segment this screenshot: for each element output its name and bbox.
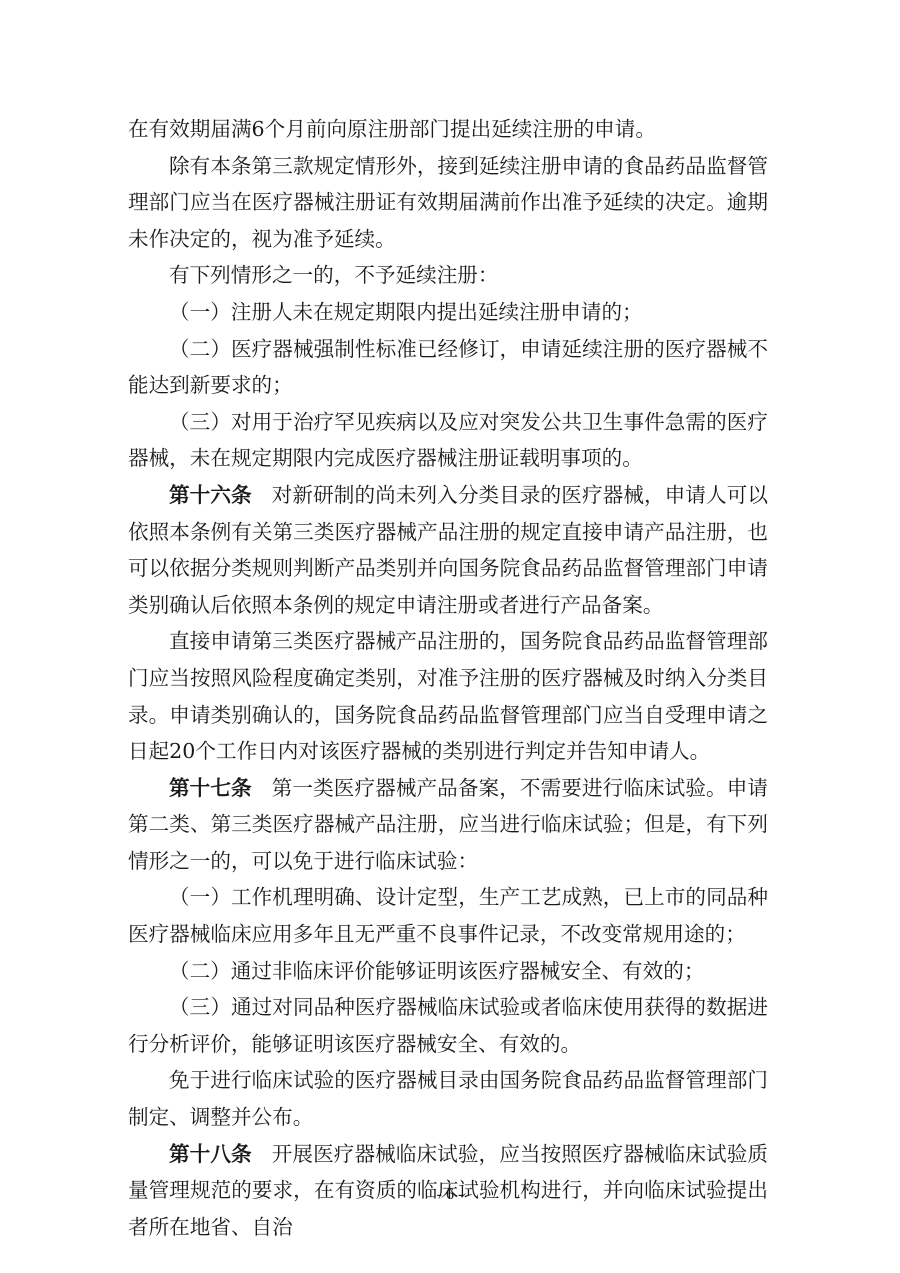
list-item: （三）对用于治疗罕见疾病以及应对突发公共卫生事件急需的医疗器械，未在规定期限内完… [128, 404, 768, 477]
list-item: （二）医疗器械强制性标准已经修订，申请延续注册的医疗器械不能达到新要求的； [128, 331, 768, 404]
article-heading: 第十七条 [169, 776, 252, 800]
article-17: 第十七条第一类医疗器械产品备案，不需要进行临床试验。申请第二类、第三类医疗器械产… [128, 770, 768, 880]
paragraph-text: 直接申请第三类医疗器械产品注册的，国务院食品药品监督管理部门应当按照风险程度确定… [128, 629, 768, 763]
paragraph-text: 在有效期届满6个月前向原注册部门提出延续注册的申请。 [128, 117, 656, 141]
paragraph: 在有效期届满6个月前向原注册部门提出延续注册的申请。 [128, 111, 768, 148]
paragraph-text: （二）医疗器械强制性标准已经修订，申请延续注册的医疗器械不能达到新要求的； [128, 337, 768, 398]
article-heading: 第十八条 [169, 1142, 252, 1166]
article-heading: 第十六条 [169, 483, 252, 507]
list-item: （二）通过非临床评价能够证明该医疗器械安全、有效的； [128, 953, 768, 990]
paragraph-text: 有下列情形之一的，不予延续注册： [169, 263, 499, 287]
article-16: 第十六条对新研制的尚未列入分类目录的医疗器械，申请人可以依照本条例有关第三类医疗… [128, 477, 768, 623]
page-number: - 6 - [0, 1186, 900, 1204]
paragraph: 免于进行临床试验的医疗器械目录由国务院食品药品监督管理部门制定、调整并公布。 [128, 1062, 768, 1135]
paragraph-text: （一）工作机理明确、设计定型，生产工艺成熟，已上市的同品种医疗器械临床应用多年且… [128, 885, 768, 946]
list-item: （三）通过对同品种医疗器械临床试验或者临床使用获得的数据进行分析评价，能够证明该… [128, 989, 768, 1062]
paragraph-text: （三）通过对同品种医疗器械临床试验或者临床使用获得的数据进行分析评价，能够证明该… [128, 995, 768, 1056]
paragraph-text: （二）通过非临床评价能够证明该医疗器械安全、有效的； [169, 959, 704, 983]
document-body: 在有效期届满6个月前向原注册部门提出延续注册的申请。 除有本条第三款规定情形外，… [128, 111, 768, 1245]
paragraph-text: （一）注册人未在规定期限内提出延续注册申请的； [169, 300, 643, 324]
paragraph: 除有本条第三款规定情形外，接到延续注册申请的食品药品监督管理部门应当在医疗器械注… [128, 148, 768, 258]
paragraph-text: 除有本条第三款规定情形外，接到延续注册申请的食品药品监督管理部门应当在医疗器械注… [128, 154, 768, 251]
paragraph-text: 免于进行临床试验的医疗器械目录由国务院食品药品监督管理部门制定、调整并公布。 [128, 1068, 768, 1129]
list-item: （一）工作机理明确、设计定型，生产工艺成熟，已上市的同品种医疗器械临床应用多年且… [128, 879, 768, 952]
paragraph: 直接申请第三类医疗器械产品注册的，国务院食品药品监督管理部门应当按照风险程度确定… [128, 623, 768, 769]
paragraph: 有下列情形之一的，不予延续注册： [128, 257, 768, 294]
list-item: （一）注册人未在规定期限内提出延续注册申请的； [128, 294, 768, 331]
paragraph-text: （三）对用于治疗罕见疾病以及应对突发公共卫生事件急需的医疗器械，未在规定期限内完… [128, 410, 768, 471]
